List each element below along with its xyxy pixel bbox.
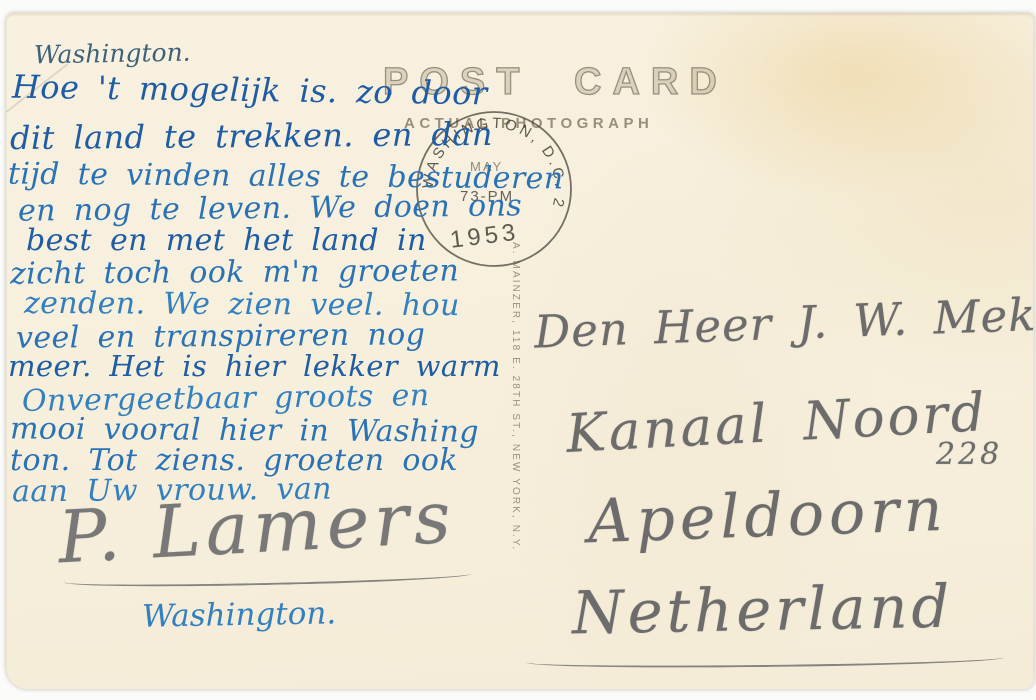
signoff-place: Washington.	[142, 595, 337, 634]
address-city: Apeldoorn	[587, 475, 949, 558]
address-underline	[526, 650, 1004, 669]
publisher-imprint: A. MAINZER, 118 E. 28TH ST., NEW YORK, N…	[510, 242, 521, 551]
message-heading: Washington.	[34, 38, 191, 70]
postcard-scan: { "postcard": { "printed": { "title": "P…	[0, 0, 1036, 700]
message-line: best en met het land in	[26, 223, 427, 258]
address-recipient: Den Heer J. W. Mekking	[533, 284, 1036, 358]
message-line: Hoe 't mogelijk is. zo door	[12, 68, 488, 113]
address-country: Netherland	[571, 572, 953, 648]
address-street: Kanaal Noord	[565, 382, 989, 465]
address-house-number: 228	[936, 437, 1002, 472]
message-line: dit land te trekken. en dan	[10, 115, 493, 157]
postcard: POST CARD ACTUAL PHOTOGRAPH A. MAINZER, …	[6, 13, 1034, 689]
